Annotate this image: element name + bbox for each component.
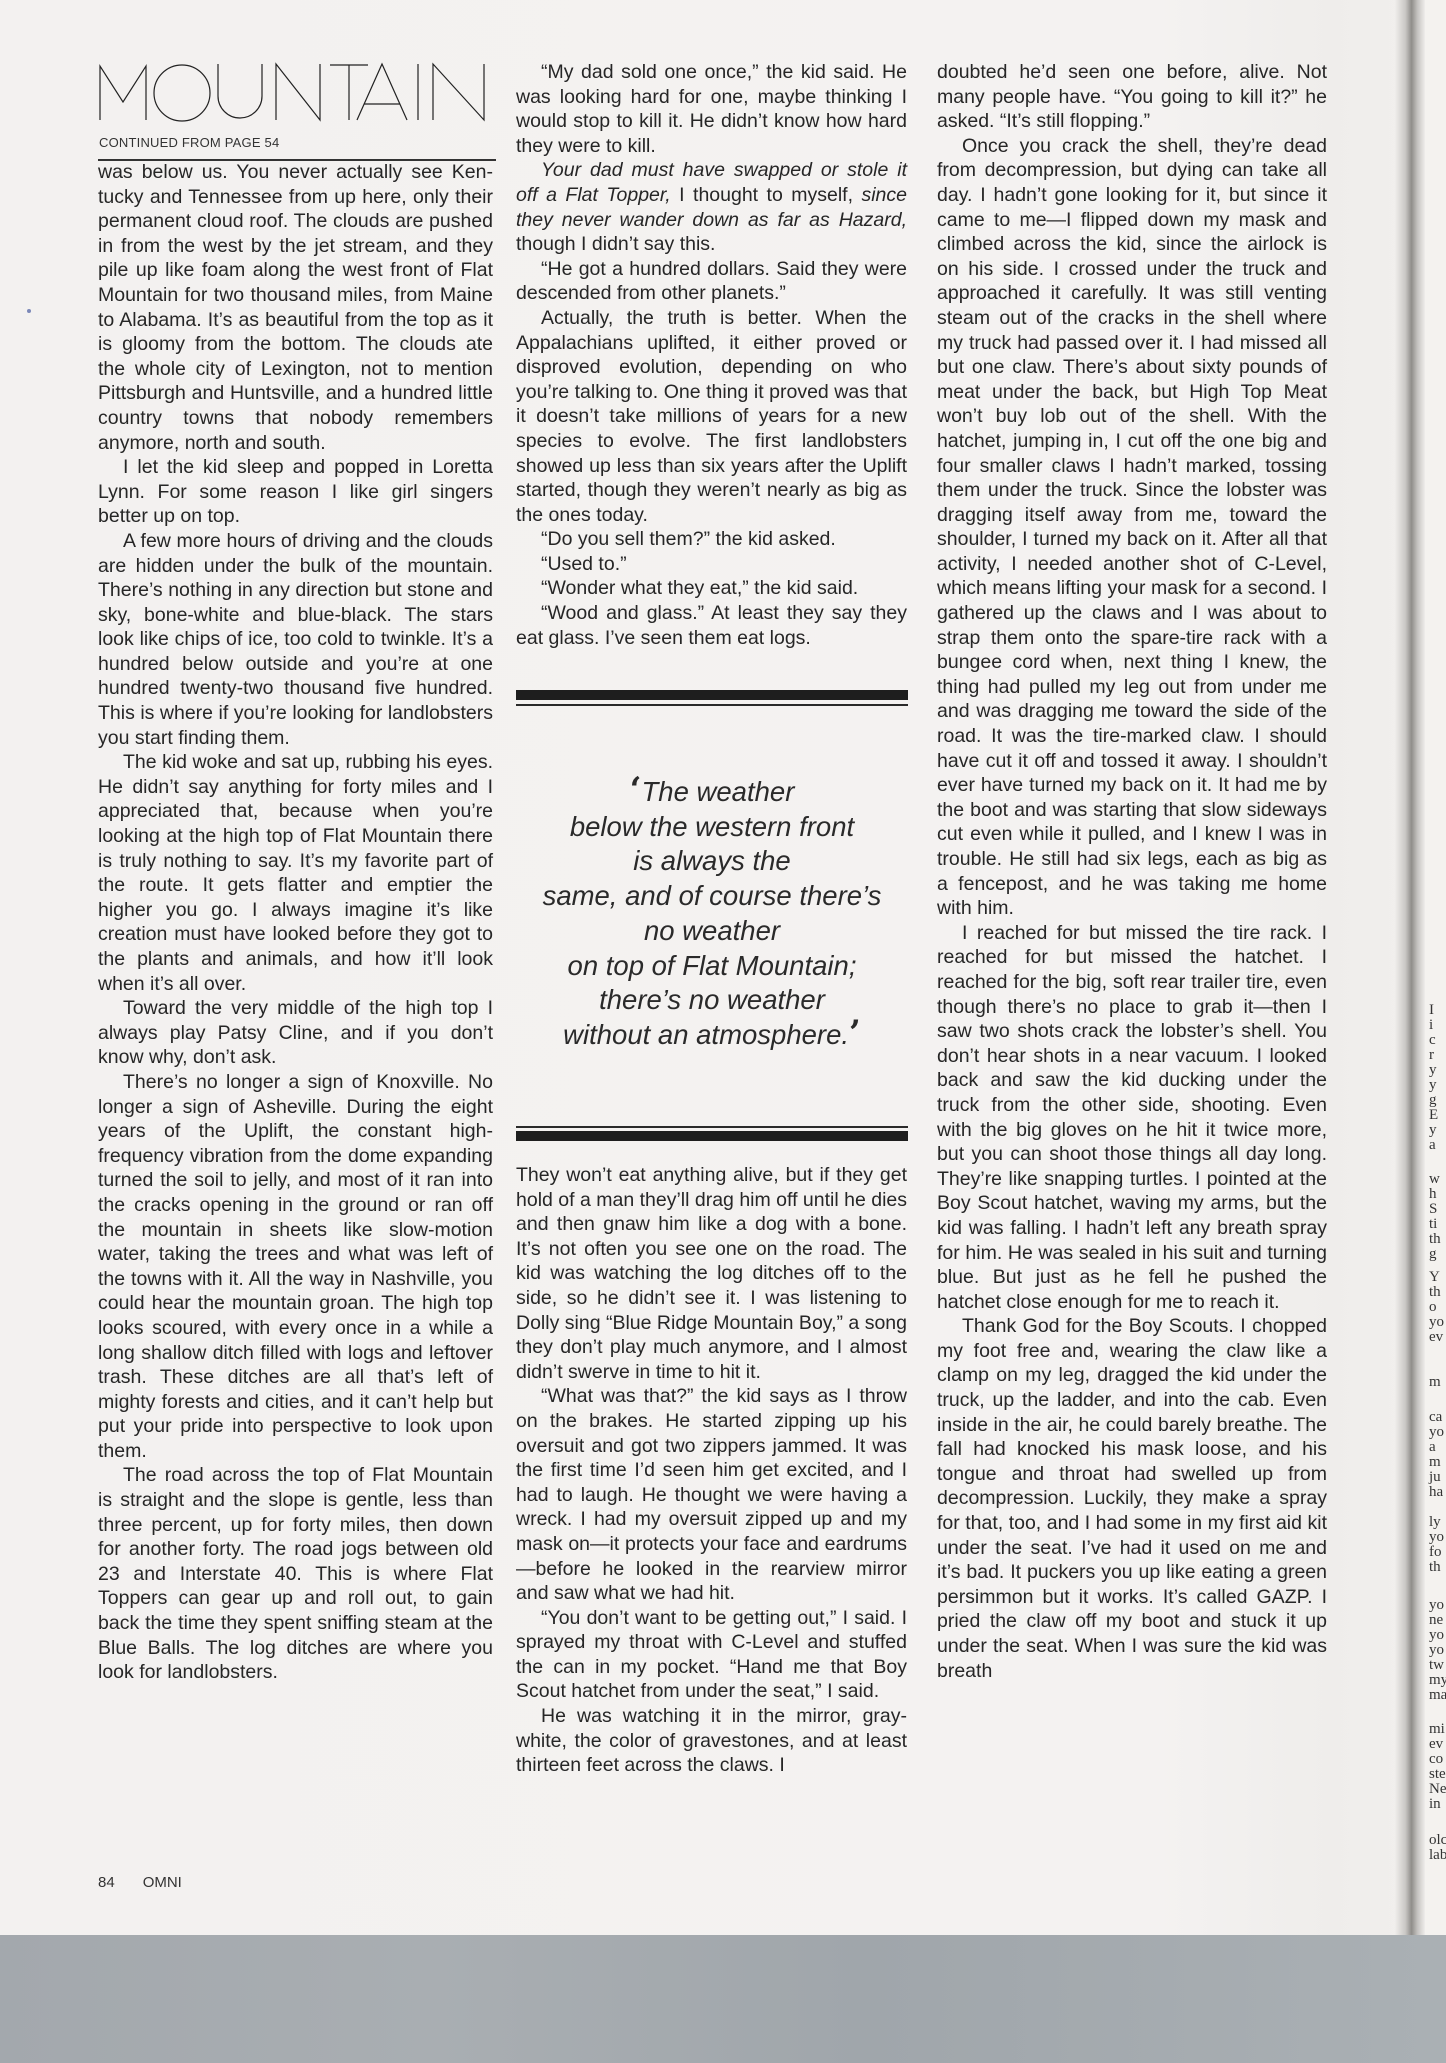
magazine-name: OMNI	[143, 1874, 182, 1891]
open-quote-mark: ‘	[630, 770, 642, 810]
facing-text-fragment: m	[1429, 1375, 1441, 1390]
pullquote-top-rule	[516, 704, 908, 706]
pullquote-line: below the western front	[516, 810, 908, 845]
pull-quote: ‘The weather below the western front is …	[516, 775, 908, 1053]
paragraph: They won’t eat anything alive, but if th…	[516, 1163, 907, 1384]
page-number: 84	[98, 1874, 115, 1891]
print-speck	[27, 309, 31, 313]
facing-text-fragment: olc lab	[1429, 1833, 1446, 1863]
paragraph: “Wonder what they eat,” the kid said.	[516, 576, 907, 601]
pullquote-line: same, and of course there’s	[516, 879, 908, 914]
paragraph: The road across the top of Flat Moun­tai…	[98, 1463, 493, 1684]
paragraph: “He got a hundred dollars. Said they wer…	[516, 257, 907, 306]
pullquote-line: on top of Flat Mountain;	[516, 949, 908, 984]
title-mountain-lettering: MOUNTAIN	[98, 62, 498, 122]
paragraph: Actually, the truth is better. When the …	[516, 306, 907, 527]
pullquote-line: is always the	[516, 844, 908, 879]
pullquote-line: without an atmosphere.’	[516, 1018, 908, 1053]
column-3: doubted he’d seen one before, alive. Not…	[937, 60, 1327, 1683]
scanner-background	[0, 1935, 1446, 2063]
plain-text: I thought to my­self,	[671, 184, 862, 206]
facing-text-fragment: mi ev co ste Ne in	[1429, 1722, 1446, 1812]
paragraph: “You don’t want to be getting out,” I sa…	[516, 1606, 907, 1704]
paragraph: “Do you sell them?” the kid asked.	[516, 527, 907, 552]
close-quote-mark: ’	[849, 1013, 861, 1053]
pullquote-bottom-bar	[516, 1131, 908, 1141]
paragraph: was below us. You never actually see Ken…	[98, 160, 493, 455]
paragraph: The kid woke and sat up, rubbing his eye…	[98, 750, 493, 996]
paragraph: A few more hours of driving and the clou…	[98, 529, 493, 750]
paragraph: “What was that?” the kid says as I throw…	[516, 1384, 907, 1605]
column-1: was below us. You never actually see Ken…	[98, 160, 493, 1685]
paragraph: I reached for but missed the tire rack. …	[937, 921, 1327, 1315]
article-title: MOUNTAIN	[98, 62, 498, 122]
facing-text-fragment: ca yo a m ju ha	[1429, 1410, 1444, 1500]
paragraph: Once you crack the shell, they’re dead f…	[937, 134, 1327, 921]
pullquote-top-bar	[516, 690, 908, 700]
column-2-top: “My dad sold one once,” the kid said. He…	[516, 60, 907, 650]
plain-text: though I didn’t say this.	[516, 233, 715, 255]
facing-text-fragment: Y th o yo ev	[1429, 1270, 1444, 1345]
page-gutter-shadow	[1395, 0, 1425, 1935]
pullquote-bottom-rule	[516, 1126, 908, 1128]
paragraph: I let the kid sleep and popped in Loret­…	[98, 455, 493, 529]
facing-text-fragment: w h S ti th g	[1429, 1172, 1441, 1262]
pullquote-line: no weather	[516, 914, 908, 949]
paragraph: Thank God for the Boy Scouts. I chopped …	[937, 1314, 1327, 1683]
continued-from-label: CONTINUED FROM PAGE 54	[99, 135, 279, 150]
paragraph-italic-thought: Your dad must have swapped or stole it o…	[516, 158, 907, 256]
column-2-bottom: They won’t eat anything alive, but if th…	[516, 1163, 907, 1778]
magazine-page: MOUNTAIN CONTI	[0, 0, 1446, 1935]
facing-text-fragment: yo ne yo yo tw my ma	[1429, 1598, 1446, 1703]
paragraph: doubted he’d seen one before, alive. Not…	[937, 60, 1327, 134]
paragraph: He was watching it in the mirror, gray-w…	[516, 1704, 907, 1778]
paragraph: “Used to.”	[516, 552, 907, 577]
facing-page-edge: I i c r y y g E y a w h S ti th g Y th o…	[1425, 0, 1446, 1935]
paragraph: “My dad sold one once,” the kid said. He…	[516, 60, 907, 158]
facing-text-fragment: I i c r y y g E y a	[1429, 1003, 1438, 1153]
facing-text-fragment: ly yo fo th	[1429, 1515, 1444, 1575]
pullquote-line: ‘The weather	[516, 775, 908, 810]
paragraph: There’s no longer a sign of Knoxville. N…	[98, 1070, 493, 1464]
paragraph: Toward the very middle of the high top I…	[98, 996, 493, 1070]
paragraph: “Wood and glass.” At least they say they…	[516, 601, 907, 650]
page-folio: 84 OMNI	[98, 1874, 182, 1891]
